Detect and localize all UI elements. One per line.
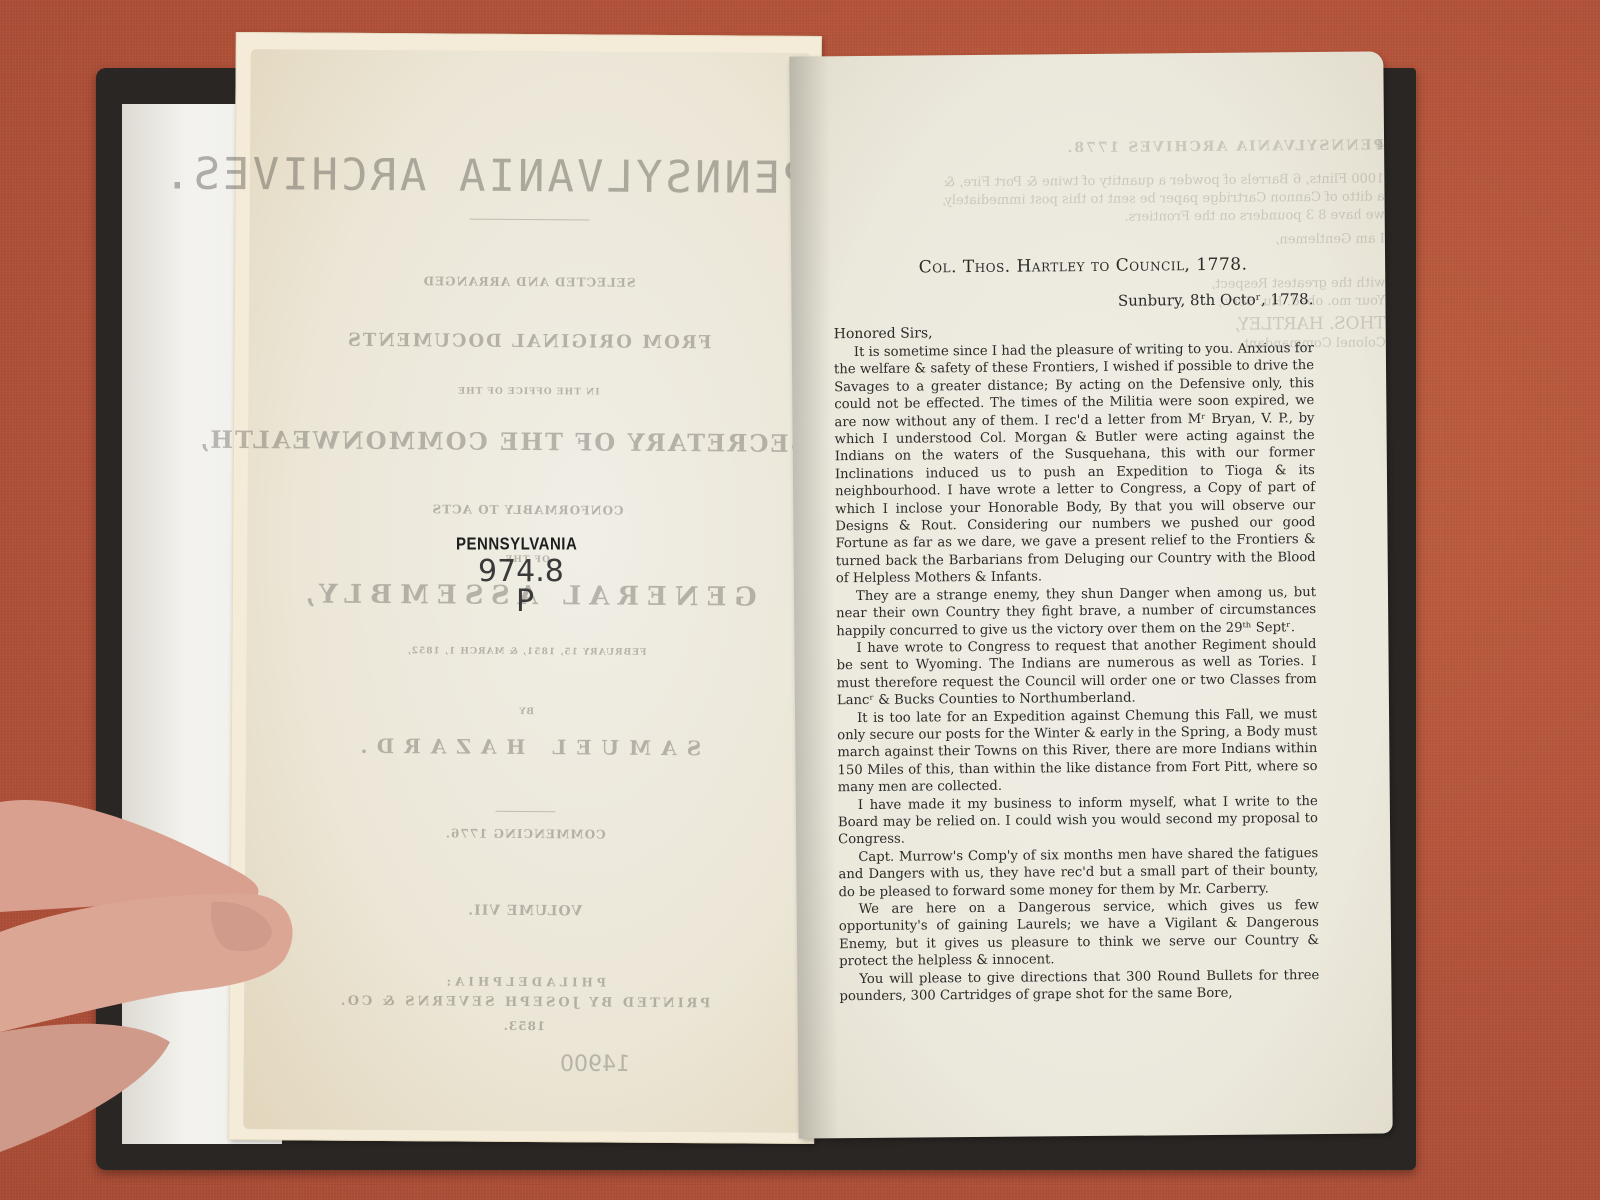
library-call-label: PENNSYLVANIA 974.8 P [456,536,656,617]
bleed-line: CONFORMABLY TO ACTS [248,501,808,519]
bleed-line: BY [246,705,806,719]
bleed-line: FEBRUARY 15, 1851, & MARCH 1, 1852, [247,645,807,659]
letter-paragraph: They are a strange enemy, they shun Dang… [836,584,1316,640]
cutter-number: P [516,587,656,617]
letter-paragraph: You will please to give directions that … [839,967,1319,1006]
letter-paragraph: I have wrote to Congress to request that… [836,636,1317,710]
letter-paragraph: It is sometime since I had the pleasure … [834,340,1316,588]
bleed-line: 1000 Flints, 6 Barrels of powder a quant… [790,171,1384,191]
bleed-line: 1853. [244,1017,804,1035]
letter-heading: Col. Thos. Hartley to Council, 1778. [853,254,1313,278]
hand-holding-page [0,782,300,1162]
bleed-line: a ditto of Cannon Cartridge paper be sen… [790,189,1384,209]
bleed-line: SELECTED AND ARRANGED [249,273,809,291]
letter-dateline: Sunbury, 8th Octoʳ, 1778. [833,290,1313,312]
letter: Col. Thos. Hartley to Council, 1778. Sun… [833,254,1320,1006]
letter-paragraph: Capt. Murrow's Comp'y of six months men … [838,845,1318,901]
letter-paragraph: We are here on a Dangerous service, whic… [839,897,1320,971]
letter-paragraph: I have made it my business to inform mys… [838,793,1318,849]
bleed-line: SECRETARY OF THE COMMONWEALTH, [248,425,808,458]
bleed-line: SAMUEL HAZARD. [246,733,806,761]
call-number: 974.8 [478,557,656,587]
right-page[interactable]: PENNSYLVANIA ARCHIVES 1778. 4 1000 Flint… [789,51,1392,1138]
bleed-rule [470,219,590,221]
bleed-line: FROM ORIGINAL DOCUMENTS [249,329,809,354]
bleed-line: IN THE OFFICE OF THE [248,385,808,399]
letter-salutation: Honored Sirs, [834,322,1314,342]
bleed-line: VOLUME VII. [245,901,805,921]
bleed-rule [495,811,555,812]
pencil-accession-mark: 14900 [560,1052,630,1077]
bleed-line: we have 8 3 pounders on the Frontiers. [791,207,1385,227]
bleed-line: PHILADELPHIA: [244,973,804,991]
bleed-line: I am Gentlemen, [911,231,1385,250]
bleed-line: PRINTED BY JOSEPH SEVERNS & CO. [244,993,804,1012]
library-stamp: PENNSYLVANIA [456,535,656,555]
bleed-line: COMMENCING 1776. [245,825,805,843]
letter-paragraph: It is too late for an Expedition against… [837,706,1318,797]
